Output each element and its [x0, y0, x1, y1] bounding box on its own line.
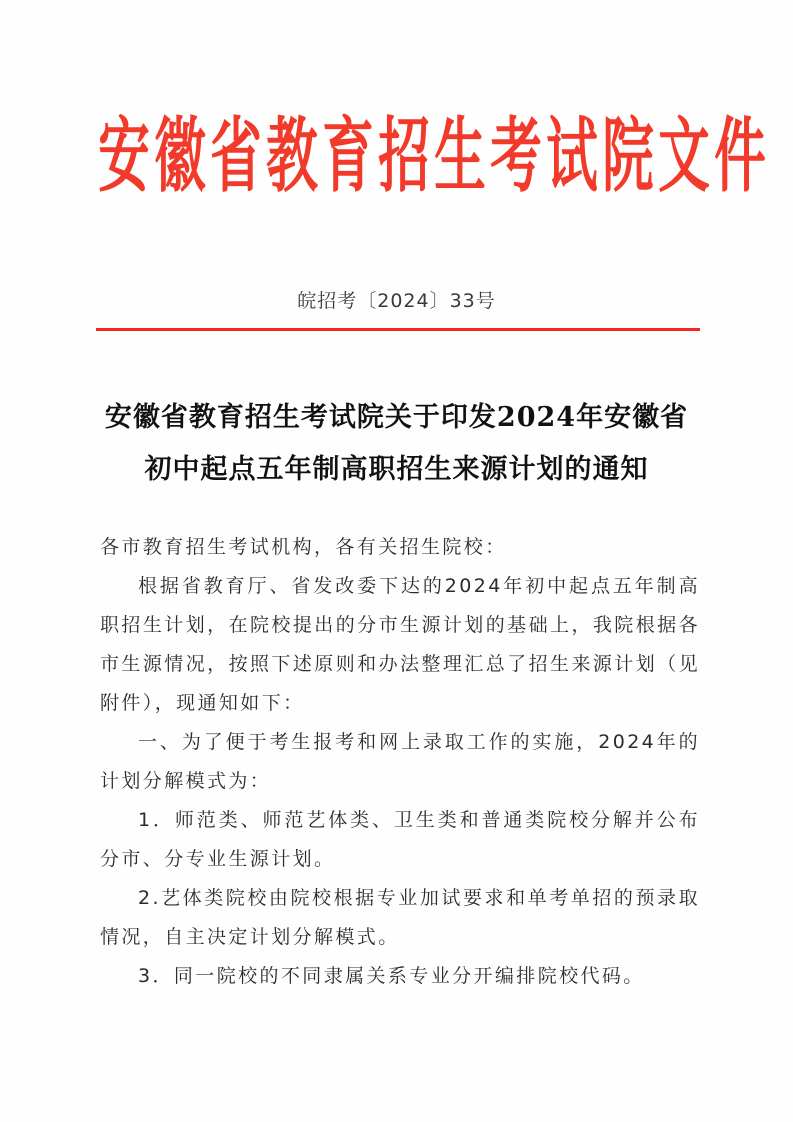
masthead-char: 安 [98, 91, 150, 224]
masthead-char: 考 [490, 91, 542, 224]
masthead-char: 件 [714, 91, 766, 224]
masthead-title: 安 徽 省 教 育 招 生 考 试 院 文 件 [96, 108, 700, 208]
masthead-char: 招 [378, 91, 430, 224]
body-paragraph: 3．同一院校的不同隶属关系专业分开编排院校代码。 [100, 957, 700, 996]
masthead-char: 文 [658, 91, 710, 224]
document-title: 安徽省教育招生考试院关于印发2024年安徽省 初中起点五年制高职招生来源计划的通… [0, 392, 793, 496]
red-divider-rule [96, 328, 700, 331]
document-page: 安 徽 省 教 育 招 生 考 试 院 文 件 皖招考〔2024〕33号 安徽省… [0, 0, 793, 1122]
body-paragraph: 1．师范类、师范艺体类、卫生类和普通类院校分解并公布分市、分专业生源计划。 [100, 801, 700, 879]
masthead-char: 院 [602, 91, 654, 224]
masthead-char: 徽 [154, 91, 206, 224]
document-body: 各市教育招生考试机构，各有关招生院校： 根据省教育厅、省发改委下达的2024年初… [100, 528, 700, 996]
body-paragraph: 一、为了便于考生报考和网上录取工作的实施，2024年的计划分解模式为： [100, 723, 700, 801]
salutation: 各市教育招生考试机构，各有关招生院校： [100, 528, 700, 567]
masthead-char: 育 [322, 91, 374, 224]
masthead-char: 教 [266, 91, 318, 224]
masthead-char: 省 [210, 91, 262, 224]
masthead-char: 试 [546, 91, 598, 224]
title-line-2: 初中起点五年制高职招生来源计划的通知 [0, 444, 793, 496]
body-paragraph: 2.艺体类院校由院校根据专业加试要求和单考单招的预录取情况，自主决定计划分解模式… [100, 879, 700, 957]
masthead-char: 生 [434, 91, 486, 224]
body-paragraph: 根据省教育厅、省发改委下达的2024年初中起点五年制高职招生计划，在院校提出的分… [100, 567, 700, 723]
document-number: 皖招考〔2024〕33号 [0, 286, 793, 313]
title-line-1: 安徽省教育招生考试院关于印发2024年安徽省 [0, 392, 793, 444]
